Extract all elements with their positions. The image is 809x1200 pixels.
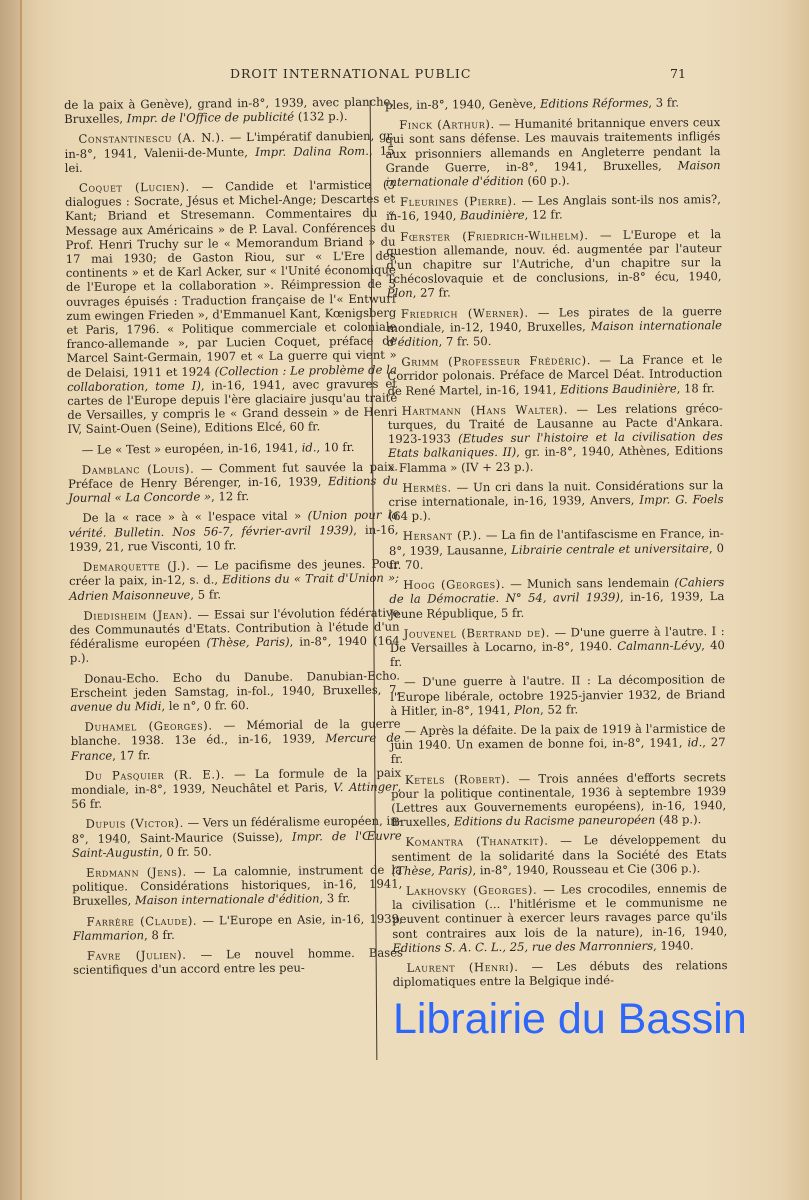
entry-tail: , 27 fr.	[413, 286, 451, 300]
entry-tail: , 52 fr.	[540, 702, 578, 716]
bibliography-entry: Fleurines (Pierre). — Les Anglais sont-i…	[386, 192, 721, 223]
bibliography-entry: — Après la défaite. De la paix de 1919 à…	[390, 721, 725, 767]
entry-text: ples, in-8°, 1940, Genève,	[385, 97, 540, 112]
left-column: de la paix à Genève), grand in-8°, 1939,…	[64, 95, 403, 984]
right-column: ples, in-8°, 1940, Genève, Editions Réfo…	[385, 95, 728, 995]
entry-author: Hermès.	[402, 480, 451, 494]
entry-tail: (132 p.).	[294, 109, 347, 124]
entry-text: Donau-Echo. Echo du Danube. Danubian-Ech…	[70, 668, 400, 700]
entry-publisher: Impr. G. Foels	[639, 492, 723, 507]
entry-author: Duhamel (Georges).	[85, 719, 213, 734]
entry-author: Dupuis (Victor).	[86, 816, 184, 831]
bibliography-entry: de la paix à Genève), grand in-8°, 1939,…	[64, 95, 394, 127]
entry-author: Lakhovsky (Georges).	[406, 883, 537, 898]
entry-tail: , 3 fr.	[648, 95, 679, 109]
entry-tail: , le n°, 0 fr. 60.	[161, 698, 249, 713]
entry-author: Damblanc (Louis).	[82, 462, 195, 477]
entry-publisher: Plon	[514, 702, 540, 716]
book-spread: DROIT INTERNATIONAL PUBLIC 71 de la paix…	[0, 0, 809, 1200]
entry-publisher: Librairie centrale et universitaire	[511, 541, 709, 557]
bibliography-entry: Farrère (Claude). — L'Europe en Asie, in…	[73, 911, 403, 943]
entry-author: Fleurines (Pierre).	[400, 194, 517, 209]
bibliography-entry: Dupuis (Victor). — Vers un fédéralisme e…	[72, 814, 402, 860]
entry-publisher: Editions Réformes	[540, 96, 648, 111]
bibliography-entry: Lakhovsky (Georges). — Les crocodiles, e…	[392, 881, 728, 955]
bibliography-entry: Grimm (Professeur Frédéric). — La France…	[387, 352, 722, 398]
entry-author: Constantinescu (A. N.).	[78, 131, 225, 147]
entry-publisher: Plon	[387, 286, 413, 300]
entry-publisher: id.	[302, 440, 317, 454]
bibliography-entry: Damblanc (Louis). — Comment fut sauvée l…	[68, 459, 398, 505]
entry-author: Favre (Julien).	[87, 948, 187, 963]
entry-author: Hartmann (Hans Walter).	[402, 402, 568, 417]
entry-tail: , 18 fr.	[677, 381, 715, 395]
entry-tail: , in-8°, 1940, Rousseau et Cie (306 p.).	[472, 861, 700, 877]
entry-publisher: Editions du Racisme paneuropéen	[454, 813, 656, 829]
bibliography-entry: Hartmann (Hans Walter). — Les relations …	[388, 401, 724, 475]
entry-author: Finck (Arthur).	[399, 117, 495, 132]
entry-publisher: Flammarion	[73, 928, 144, 943]
bibliography-entry: Fœrster (Friedrich-Wilhelm). — L'Europe …	[386, 227, 722, 301]
entry-publisher: Maison internationale d'édition	[135, 892, 320, 908]
bibliography-entry: Favre (Julien). — Le nouvel homme. Bases…	[73, 945, 403, 977]
bibliography-entry: Finck (Arthur). — Humanité britannique e…	[385, 115, 721, 189]
entry-text: — L'Europe en Asie, in-16, 1939,	[197, 911, 403, 927]
entry-publisher: Baudinière	[460, 208, 525, 223]
entry-publisher: (Thèse, Paris)	[392, 863, 473, 878]
bibliography-entry: Ketels (Robert). — Trois années d'effort…	[391, 770, 726, 830]
entry-author: Ketels (Robert).	[405, 771, 510, 786]
bibliography-entry: — D'une guerre à l'autre. II : La décomp…	[390, 672, 725, 718]
entry-text: — Munich sans lendemain	[505, 576, 674, 591]
entry-tail: , 3 fr.	[319, 891, 350, 905]
entry-publisher: avenue du Midi	[70, 699, 161, 714]
bibliography-entry: Erdmann (Jens). — La calomnie, instrumen…	[72, 862, 402, 908]
bibliography-entry: Duhamel (Georges). — Mémorial de la guer…	[71, 717, 401, 763]
entry-author: Laurent (Henri).	[407, 960, 519, 975]
bibliography-entry: Donau-Echo. Echo du Danube. Danubian-Ech…	[70, 668, 400, 714]
entry-tail: , 5 fr.	[190, 587, 221, 601]
bibliography-entry: Du Pasquier (R. E.). — La formule de la …	[71, 765, 401, 811]
running-head-title: DROIT INTERNATIONAL PUBLIC	[230, 66, 685, 81]
bibliography-entry: Diedisheim (Jean). — Essai sur l'évoluti…	[69, 605, 400, 665]
entry-publisher: id.	[687, 735, 702, 749]
entry-text: — Candide et l'armistice (3 dialogues : …	[65, 178, 397, 380]
entry-author: Hersant (P.).	[403, 529, 482, 544]
entry-author: Diedisheim (Jean).	[83, 607, 192, 622]
entry-text: — Après la défaite. De la paix de 1919 à…	[391, 721, 726, 752]
entry-publisher: Editions S. A. C. L., 25, rue des Marron…	[392, 938, 653, 954]
watermark-text: Librairie du Bassin	[393, 995, 747, 1044]
entry-author: Jouvenel (Bertrand de).	[404, 625, 550, 640]
entry-tail: , 8 fr.	[144, 928, 175, 942]
entry-publisher: Impr. de l'Office de publicité	[127, 110, 295, 126]
bibliography-entry: Jouvenel (Bertrand de). — D'une guerre à…	[390, 624, 725, 670]
entry-publisher: Editions Baudinière	[560, 381, 677, 396]
bibliography-entry: Komantra (Thanatkit). — Le développement…	[391, 832, 726, 878]
entry-author: Erdmann (Jens).	[86, 865, 187, 880]
entry-author: Demarquette (J.).	[83, 559, 191, 574]
entry-tail: (64 p.).	[389, 509, 431, 523]
entry-author: Du Pasquier (R. E.).	[85, 767, 225, 782]
entry-tail: , 0 fr. 50.	[159, 844, 212, 859]
entry-author: Grimm (Professeur Frédéric).	[401, 353, 591, 369]
entry-tail: , 10 fr.	[316, 440, 354, 454]
entry-publisher: Impr. Dalina Rom.	[255, 143, 369, 158]
entry-tail: , 1940.	[653, 938, 694, 952]
entry-tail: , 12 fr.	[525, 208, 563, 222]
previous-page-edge	[0, 0, 22, 1200]
bibliography-entry: Hermès. — Un cri dans la nuit. Considéra…	[388, 478, 723, 524]
book-gutter	[20, 0, 22, 1200]
entry-tail: (48 p.).	[655, 812, 701, 826]
bibliography-entry: Hoog (Georges). — Munich sans lendemain …	[389, 575, 724, 621]
entry-publisher: V. Attinger	[333, 779, 397, 794]
entry-publisher: (Thèse, Paris)	[206, 635, 289, 650]
entry-author: Komantra (Thanatkit).	[405, 834, 548, 849]
entry-publisher: Calmann-Lévy	[617, 638, 701, 653]
entry-tail: , 17 fr.	[112, 748, 150, 762]
entry-author: Fœrster (Friedrich-Wilhelm).	[400, 228, 589, 244]
bibliography-entry: ples, in-8°, 1940, Genève, Editions Réfo…	[385, 95, 720, 112]
bibliography-entry: Laurent (Henri). — Les débuts des relati…	[393, 958, 728, 989]
bibliography-entry: Constantinescu (A. N.). — L'impératif da…	[64, 129, 394, 175]
entry-author: Coquet (Lucien).	[79, 180, 190, 195]
entry-text: — Le « Test » européen, in-16, 1941,	[82, 440, 302, 456]
bibliography-entry: Friedrich (Werner). — Les pirates de la …	[387, 304, 722, 350]
entry-author: Hoog (Georges).	[403, 577, 505, 592]
entry-tail: , 12 fr.	[211, 489, 249, 503]
entry-author: Farrère (Claude).	[87, 913, 198, 928]
bibliography-entry: De la « race » à « l'espace vital » (Uni…	[68, 508, 398, 554]
entry-tail: (60 p.).	[524, 173, 570, 187]
bibliography-entry: Coquet (Lucien). — Candide et l'armistic…	[65, 178, 398, 437]
bibliography-entry: Hersant (P.). — La fin de l'antifascisme…	[389, 527, 724, 573]
page-number: 71	[670, 66, 686, 81]
bibliography-entry: Demarquette (J.). — Le pacifisme des jeu…	[69, 557, 399, 603]
entry-tail: , 7 fr. 50.	[438, 334, 491, 348]
entry-author: Friedrich (Werner).	[401, 305, 529, 320]
bibliography-entry: — Le « Test » européen, in-16, 1941, id.…	[68, 439, 398, 457]
